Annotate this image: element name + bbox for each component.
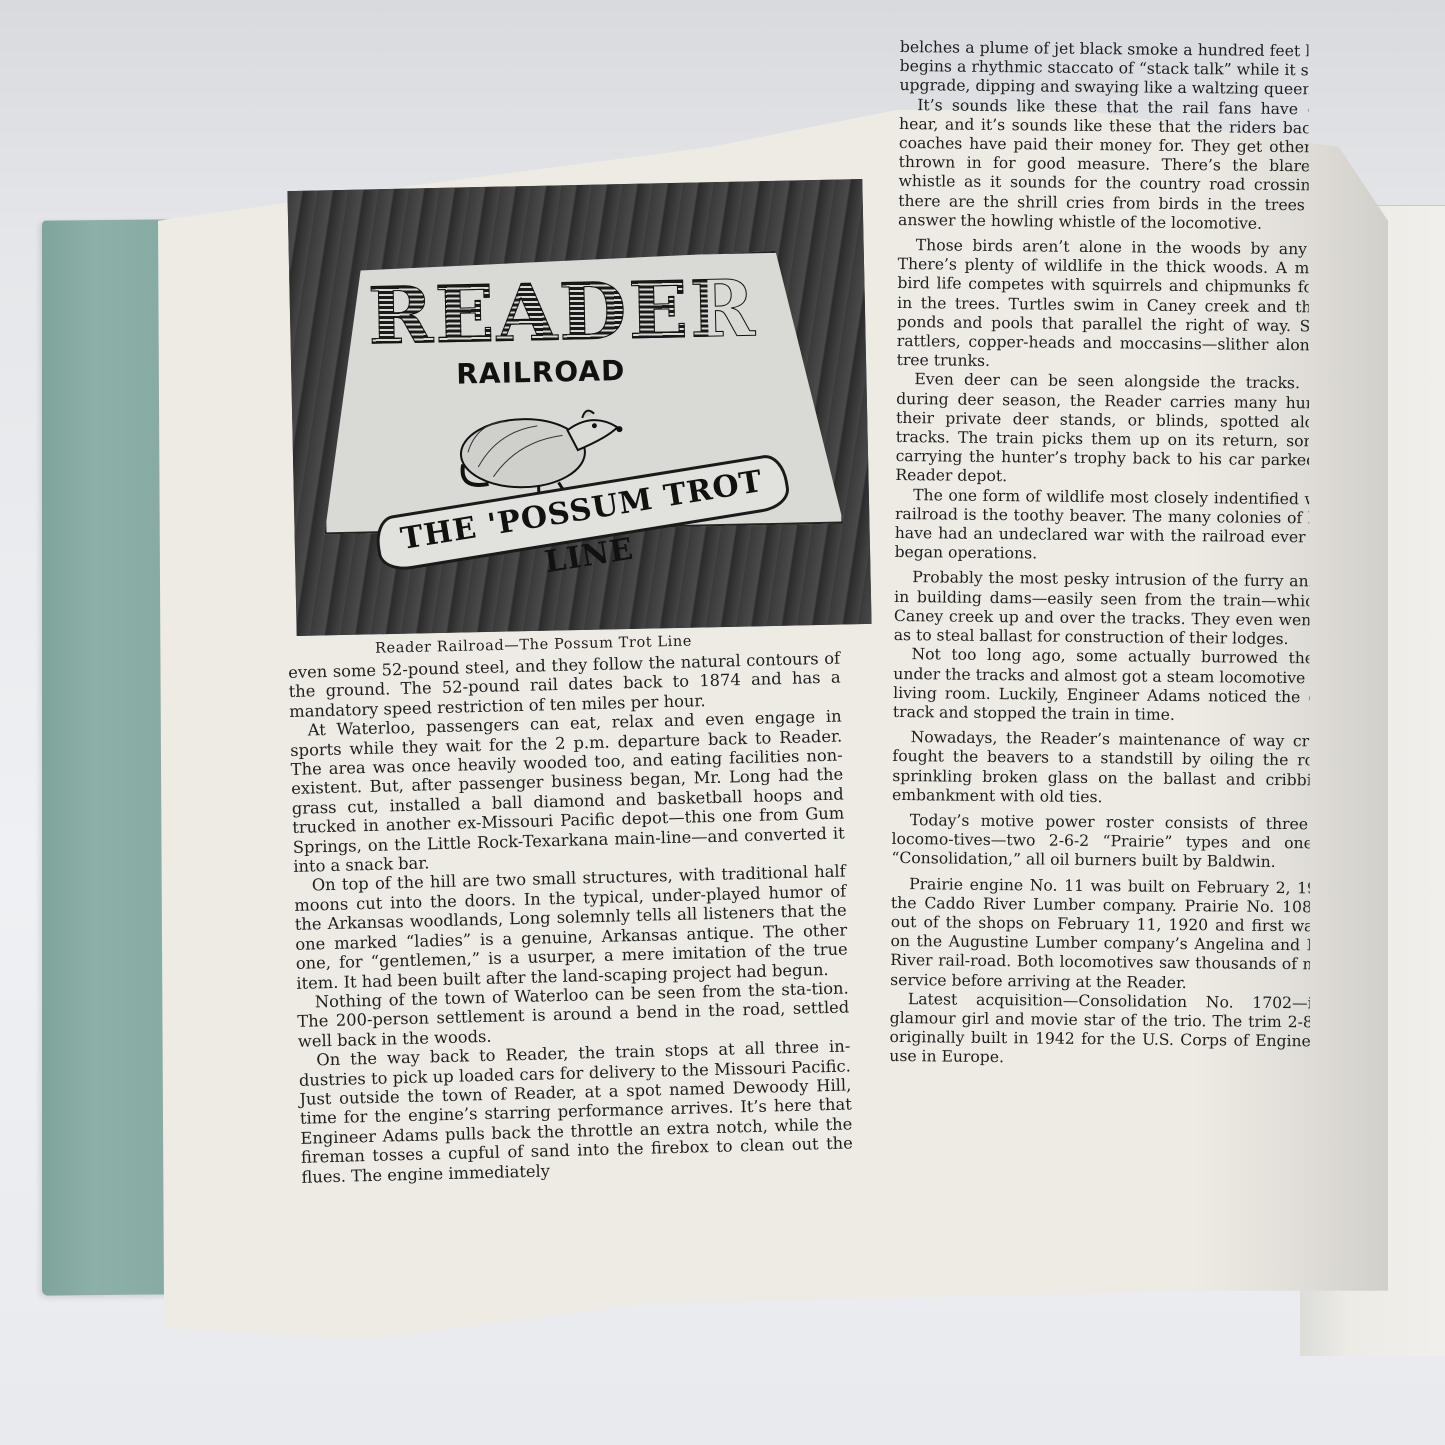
right-paragraph-5: The one form of wildlife most closely in… — [895, 486, 1360, 568]
booklet-cover-green — [42, 219, 172, 1295]
right-text-column: belches a plume of jet black smoke a hun… — [890, 38, 1360, 1071]
right-paragraph-7: Not too long ago, some actually burrowed… — [893, 645, 1360, 727]
right-paragraph-9: Today’s motive power roster consists of … — [891, 811, 1360, 874]
right-paragraph-8: Nowadays, the Reader’s maintenance of wa… — [892, 728, 1360, 810]
right-paragraph-11: Latest acquisition—Consolidation No. 170… — [890, 990, 1360, 1072]
right-paragraph-1: belches a plume of jet black smoke a hun… — [899, 38, 1360, 101]
booklet-photo-scene: READER RAILROAD THE 'POSSUM TROT LINE Re… — [0, 0, 1445, 1445]
right-paragraph-3: Those birds aren’t alone in the woods by… — [897, 236, 1360, 375]
right-paragraph-2: It’s sounds like these that the rail fan… — [898, 96, 1360, 235]
right-paragraph-6: Probably the most pesky intrusion of the… — [894, 568, 1360, 650]
right-paragraph-10: Prairie engine No. 11 was built on Febru… — [890, 874, 1360, 994]
reader-railroad-sign-photo: READER RAILROAD THE 'POSSUM TROT LINE — [287, 179, 871, 636]
left-paragraph-2: At Waterloo, passengers can eat, relax a… — [290, 707, 846, 877]
right-column-clip: belches a plume of jet black smoke a hun… — [890, 0, 1360, 1445]
left-paragraph-5: On the way back to Reader, the train sto… — [298, 1037, 853, 1187]
sign-subtitle-railroad: RAILROAD — [456, 354, 626, 391]
right-paragraph-4: Even deer can be seen alongside the trac… — [895, 370, 1360, 490]
sign-title-reader: READER — [367, 264, 709, 362]
left-paragraph-3: On top of the hill are two small structu… — [294, 862, 849, 993]
left-text-column: even some 52-pound steel, and they follo… — [288, 649, 854, 1187]
